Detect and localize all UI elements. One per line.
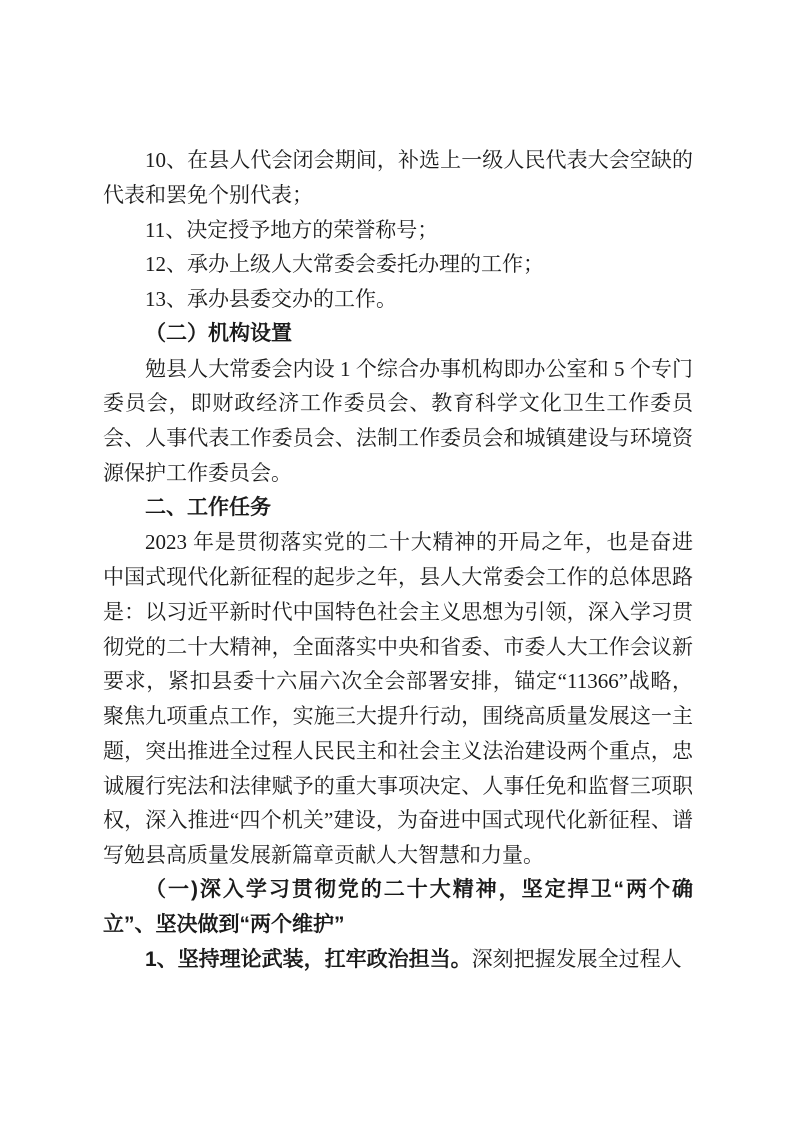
paragraph-point1: 1、坚持理论武装，扛牢政治担当。深刻把握发展全过程人 xyxy=(103,942,693,978)
list-item-11: 11、决定授予地方的荣誉称号； xyxy=(103,213,693,248)
document-page: 10、在县人代会闭会期间，补选上一级人民代表大会空缺的代表和罢免个别代表； 11… xyxy=(0,0,793,1122)
section-heading-org-setup: （二）机构设置 xyxy=(103,317,693,352)
list-item-10: 10、在县人代会闭会期间，补选上一级人民代表大会空缺的代表和罢免个别代表； xyxy=(103,143,693,213)
section-heading-work-tasks: 二、工作任务 xyxy=(103,491,693,526)
paragraph-org-setup: 勉县人大常委会内设 1 个综合办事机构即办公室和 5 个专门委员会，即财政经济工… xyxy=(103,352,693,491)
list-item-13: 13、承办县委交办的工作。 xyxy=(103,282,693,317)
document-body: 10、在县人代会闭会期间，补选上一级人民代表大会空缺的代表和罢免个别代表； 11… xyxy=(103,143,693,978)
sub-heading-study-spirit: （一)深入学习贯彻党的二十大精神，坚定捍卫“两个确立”、坚决做到“两个维护” xyxy=(103,873,693,943)
paragraph-overview: 2023 年是贯彻落实党的二十大精神的开局之年，也是奋进中国式现代化新征程的起步… xyxy=(103,525,693,873)
point1-rest-text: 深刻把握发展全过程人 xyxy=(472,947,682,971)
point1-lead-bold: 1、坚持理论武装，扛牢政治担当。 xyxy=(145,948,472,971)
list-item-12: 12、承办上级人大常委会委托办理的工作； xyxy=(103,247,693,282)
